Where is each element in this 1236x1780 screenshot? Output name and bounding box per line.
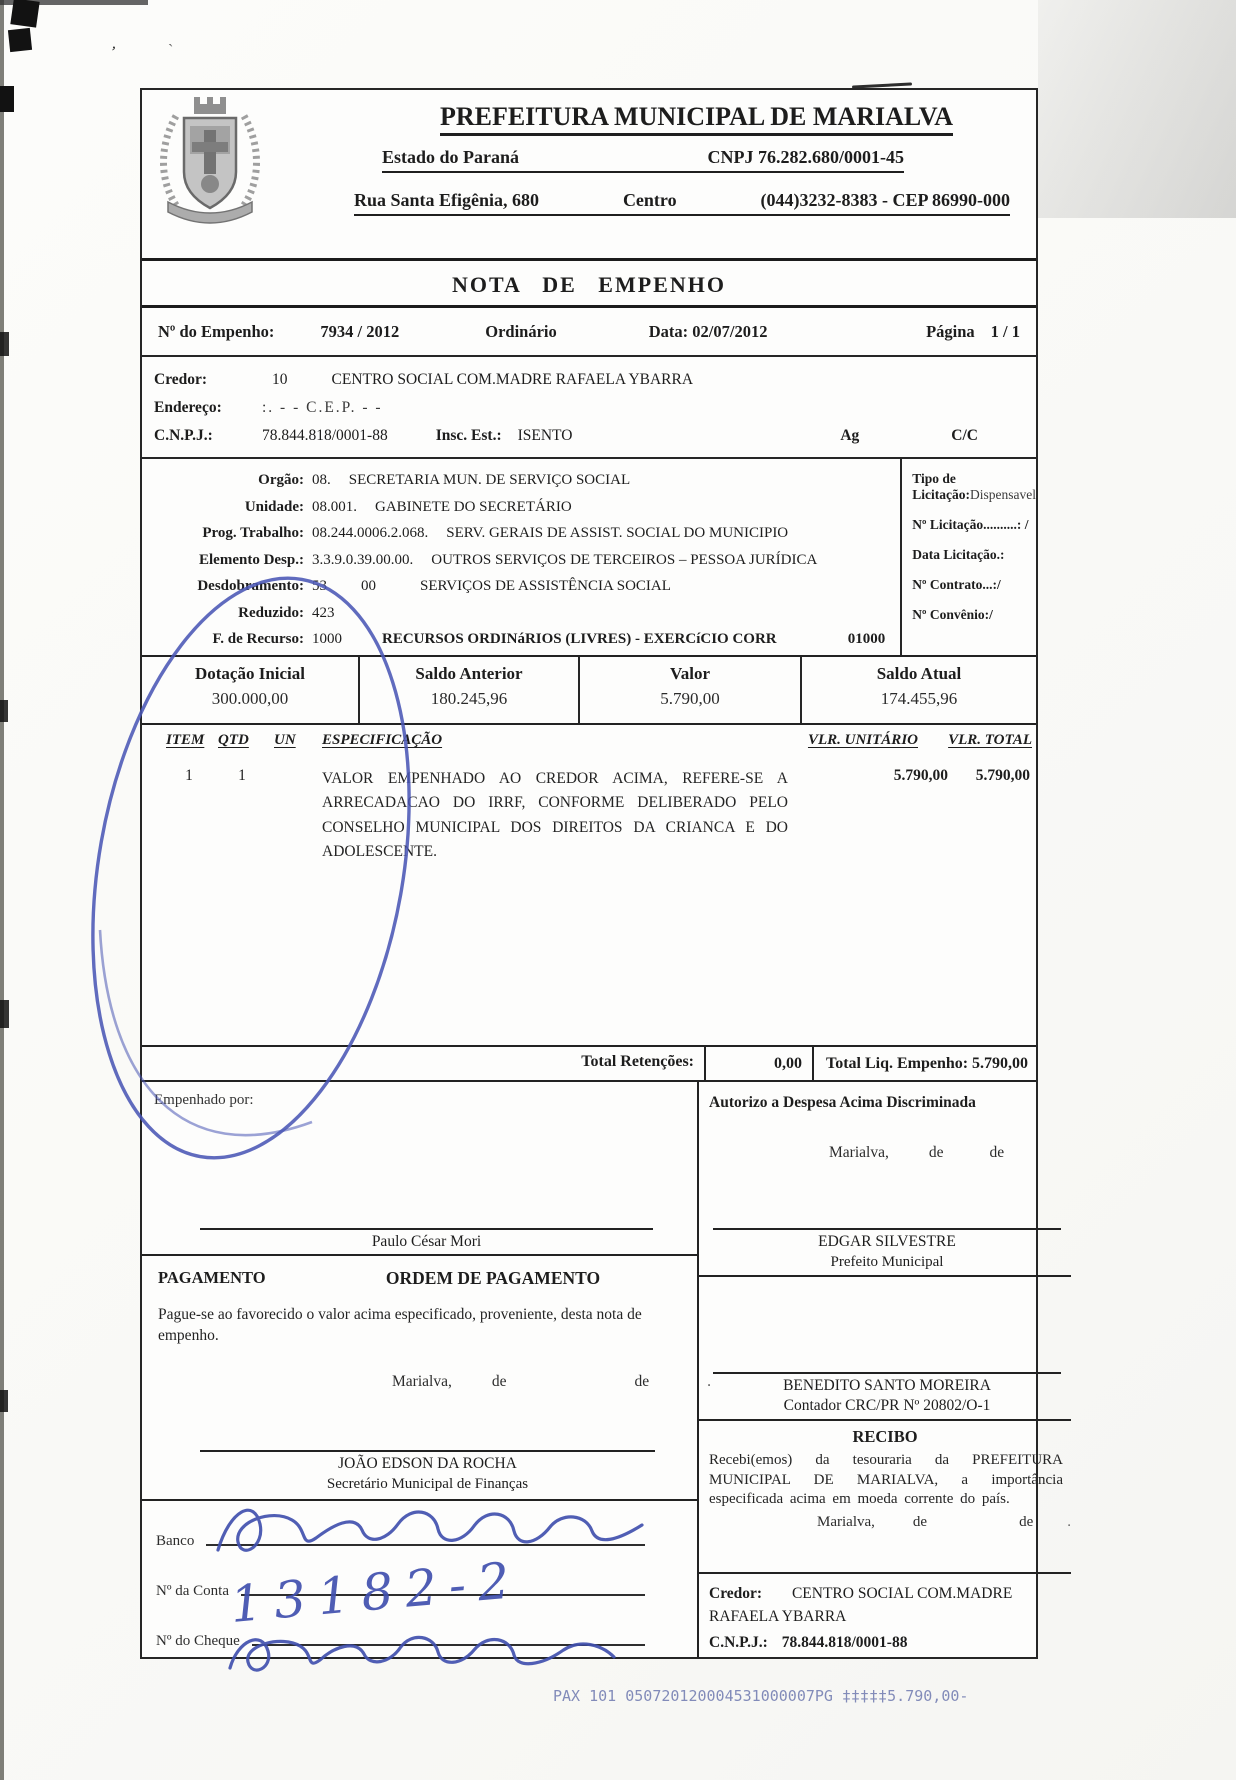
licitacao-tipo-value: Dispensavel xyxy=(970,487,1036,502)
date-de: de xyxy=(1019,1514,1033,1531)
saldo-atual-cell: Saldo Atual 174.455,96 xyxy=(802,657,1036,723)
item-qtd: 1 xyxy=(218,767,266,785)
saldo-anterior-label: Saldo Anterior xyxy=(360,664,578,684)
col-especificacao: ESPECIFICAÇÃO xyxy=(322,732,768,759)
pagina-value: 1 / 1 xyxy=(991,322,1020,342)
page-indicator: Página 1 / 1 xyxy=(926,322,1020,342)
cnpj-label: C.N.P.J.: xyxy=(154,424,250,448)
scan-blob-artifact xyxy=(0,332,9,356)
scan-blob-artifact xyxy=(0,700,8,722)
cheque-label: Nº do Cheque xyxy=(156,1633,240,1650)
endereco-line: Endereço: :. - - C.E.P. - - xyxy=(154,396,1036,420)
city-name: Marialva, xyxy=(392,1373,452,1391)
licitacao-tipo: Tipo de Licitação:Dispensavel xyxy=(912,471,1036,503)
cnpj-value: 78.844.818/0001-88 xyxy=(262,424,388,448)
empenho-data: Data: 02/07/2012 xyxy=(649,322,768,342)
secretario-signature-block: JOÃO EDSON DA ROCHA Secretário Municipal… xyxy=(200,1450,655,1494)
recibo-dateline: Marialva, de de . xyxy=(699,1514,1071,1531)
empenho-numero: 7934 / 2012 xyxy=(320,322,399,342)
amounts-summary: Dotação Inicial 300.000,00 Saldo Anterio… xyxy=(142,655,1036,725)
contador-role: Contador CRC/PR Nº 20802/O-1 xyxy=(713,1396,1061,1416)
city-name: Marialva, xyxy=(817,1514,875,1531)
desdobramento-code: 53 xyxy=(312,573,327,600)
signature-line xyxy=(713,1228,1061,1230)
orcamento-row: Unidade: 08.001. GABINETE DO SECRETÁRIO xyxy=(142,494,900,521)
scan-edge-artifact xyxy=(0,0,4,1780)
pagamento-dateline: Marialva, de de . xyxy=(142,1373,697,1391)
credor-codigo: 10 xyxy=(272,368,288,392)
licitacao-data: Data Licitação.: xyxy=(912,547,1036,563)
recibo-credor-footer: Credor: CENTRO SOCIAL COM.MADRE RAFAELA … xyxy=(699,1572,1071,1657)
items-table-row: 1 1 VALOR EMPENHADO AO CREDOR ACIMA, REF… xyxy=(142,759,1036,1045)
scan-blob-artifact xyxy=(0,1390,8,1412)
autorizo-title: Autorizo a Despesa Acima Discriminada xyxy=(699,1082,1071,1112)
scan-blob-artifact xyxy=(8,28,32,52)
unidade-code: 08.001. xyxy=(312,494,357,521)
prefeito-signature-block: EDGAR SILVESTRE Prefeito Municipal xyxy=(713,1228,1061,1272)
prefeito-name: EDGAR SILVESTRE xyxy=(713,1232,1061,1252)
prog-trabalho-desc: SERV. GERAIS DE ASSIST. SOCIAL DO MUNICI… xyxy=(446,520,788,547)
scan-speck: ˋ xyxy=(168,42,173,60)
desdobramento-label: Desdobramento: xyxy=(142,573,304,600)
col-qtd: QTD xyxy=(218,732,266,759)
cnpj-value: 78.844.818/0001-88 xyxy=(782,1634,908,1651)
conta-write-line xyxy=(241,1566,645,1596)
elemento-desp-label: Elemento Desp.: xyxy=(142,547,304,574)
recibo-title: RECIBO xyxy=(699,1421,1071,1447)
orgao-label: Orgão: xyxy=(142,467,304,494)
recibo-box: RECIBO Recebi(emos) da tesouraria da PRE… xyxy=(699,1421,1071,1572)
cnpj-label: C.N.P.J.: xyxy=(709,1634,768,1651)
licitacao-tipo-label: Tipo de Licitação: xyxy=(912,471,970,502)
form-header: PREFEITURA MUNICIPAL DE MARIALVA Estado … xyxy=(142,90,1036,258)
scan-blob-artifact xyxy=(0,1000,9,1028)
items-table-header: ITEM QTD UN ESPECIFICAÇÃO VLR. UNITÁRIO … xyxy=(142,725,1036,759)
saldo-atual-label: Saldo Atual xyxy=(802,664,1036,684)
prog-trabalho-label: Prog. Trabalho: xyxy=(142,520,304,547)
city-name: Marialva, xyxy=(829,1144,889,1162)
left-column: Empenhado por: Paulo César Mori PAGAMENT… xyxy=(142,1082,699,1657)
date-de: de xyxy=(989,1144,1004,1162)
orgao-code: 08. xyxy=(312,467,331,494)
date-de: de xyxy=(492,1373,507,1391)
prog-trabalho-code: 08.244.0006.2.068. xyxy=(312,520,428,547)
item-vlr-unitario: 5.790,00 xyxy=(788,767,948,785)
org-phone-cep: (044)3232-8383 - CEP 86990-000 xyxy=(761,190,1010,211)
dotacao-inicial-value: 300.000,00 xyxy=(142,689,358,709)
banco-field: Banco xyxy=(142,1506,697,1556)
conta-label: Nº da Conta xyxy=(156,1583,229,1600)
unidade-desc: GABINETE DO SECRETÁRIO xyxy=(375,494,572,521)
item-vlr-total: 5.790,00 xyxy=(948,767,1036,785)
item-especificacao: VALOR EMPENHADO AO CREDOR ACIMA, REFERE-… xyxy=(322,767,788,865)
orcamento-row: Elemento Desp.: 3.3.9.0.39.00.00. OUTROS… xyxy=(142,547,900,574)
empenhado-signature-block: Paulo César Mori xyxy=(200,1228,653,1252)
recibo-text: Recebi(emos) da tesouraria da PREFEITURA… xyxy=(699,1447,1071,1510)
scan-speck: ʼ xyxy=(108,44,117,63)
date-de: de xyxy=(634,1373,649,1391)
nota-de-empenho-form: PREFEITURA MUNICIPAL DE MARIALVA Estado … xyxy=(140,88,1038,1659)
contador-signature-block: BENEDITO SANTO MOREIRA Contador CRC/PR N… xyxy=(713,1372,1061,1416)
credor-footer-line: C.N.P.J.: 78.844.818/0001-88 xyxy=(709,1631,1061,1654)
ordem-pagamento-text: Pague-se ao favorecido o valor acima esp… xyxy=(142,1289,697,1347)
saldo-atual-value: 174.455,96 xyxy=(802,689,1036,709)
credor-label: Credor: xyxy=(154,368,250,392)
credor-footer-line: Credor: CENTRO SOCIAL COM.MADRE RAFAELA … xyxy=(709,1582,1061,1628)
conta-field: Nº da Conta xyxy=(142,1556,697,1606)
contador-box: BENEDITO SANTO MOREIRA Contador CRC/PR N… xyxy=(699,1277,1071,1421)
insc-est-label: Insc. Est.: xyxy=(436,424,502,448)
credor-label: Credor: xyxy=(709,1585,762,1602)
fonte-recurso-extra: 01000 xyxy=(848,626,886,653)
banco-label: Banco xyxy=(156,1533,194,1550)
col-un: UN xyxy=(274,732,312,759)
total-liq-value: 5.790,00 xyxy=(972,1055,1028,1073)
scan-blob-artifact xyxy=(0,86,14,112)
endereco-label: Endereço: xyxy=(154,396,250,420)
valor-label: Valor xyxy=(580,664,800,684)
banco-write-line xyxy=(206,1516,645,1546)
signature-line xyxy=(713,1372,1061,1374)
signature-line xyxy=(200,1450,655,1452)
pagina-label: Página xyxy=(926,322,975,342)
org-district: Centro xyxy=(623,190,677,211)
secretario-role: Secretário Municipal de Finanças xyxy=(200,1474,655,1494)
total-retencoes-label: Total Retenções: xyxy=(142,1047,704,1080)
agencia-label: Ag xyxy=(840,424,859,448)
bank-fields: Banco Nº da Conta Nº do Cheque xyxy=(142,1506,697,1656)
fonte-recurso-desc: RECURSOS ORDINáRIOS (LIVRES) - EXERCíCIO… xyxy=(382,626,777,653)
cheque-write-line xyxy=(252,1616,645,1646)
orcamento-row: F. de Recurso: 1000 RECURSOS ORDINáRIOS … xyxy=(142,626,900,653)
fonte-recurso-code: 1000 xyxy=(312,626,342,653)
valor-value: 5.790,00 xyxy=(580,689,800,709)
org-address-row: Rua Santa Efigênia, 680 Centro (044)3232… xyxy=(354,190,1010,216)
orgao-desc: SECRETARIA MUN. DE SERVIÇO SOCIAL xyxy=(349,467,630,494)
credor-section: Credor: 10 CENTRO SOCIAL COM.MADRE RAFAE… xyxy=(142,357,1036,459)
endereco-value: :. - - C.E.P. - - xyxy=(262,396,383,420)
date-period: . xyxy=(1067,1514,1071,1531)
reduzido-label: Reduzido: xyxy=(142,600,304,627)
signatures-section: Empenhado por: Paulo César Mori PAGAMENT… xyxy=(142,1080,1036,1657)
empenhado-signer-name: Paulo César Mori xyxy=(200,1232,653,1252)
orcamento-row: Orgão: 08. SECRETARIA MUN. DE SERVIÇO SO… xyxy=(142,467,900,494)
licitacao-convenio: Nº Convênio:/ xyxy=(912,607,1036,623)
total-liq-cell: Total Liq. Empenho: 5.790,00 xyxy=(814,1047,1036,1080)
credor-nome: CENTRO SOCIAL COM.MADRE RAFAELA YBARRA xyxy=(332,368,694,392)
licitacao-contrato: Nº Contrato...:/ xyxy=(912,577,1036,593)
totals-row: Total Retenções: 0,00 Total Liq. Empenho… xyxy=(142,1045,1036,1080)
marialva-coat-of-arms-logo xyxy=(154,94,266,226)
cheque-field: Nº do Cheque xyxy=(142,1606,697,1656)
pagamento-header: PAGAMENTO ORDEM DE PAGAMENTO xyxy=(142,1256,697,1289)
ordem-pagamento-title: ORDEM DE PAGAMENTO xyxy=(333,1268,683,1289)
dotacao-inicial-label: Dotação Inicial xyxy=(142,664,358,684)
org-title: PREFEITURA MUNICIPAL DE MARIALVA xyxy=(357,102,1036,132)
total-liq-label: Total Liq. Empenho: xyxy=(826,1055,968,1073)
saldo-anterior-cell: Saldo Anterior 180.245,96 xyxy=(360,657,580,723)
bank-machine-print: PAX 101 050720120004531000007PG ‡‡‡‡‡5.7… xyxy=(553,1687,968,1705)
conta-corrente-label: C/C xyxy=(951,424,978,448)
org-cnpj: CNPJ 76.282.680/0001-45 xyxy=(708,147,905,168)
valor-cell: Valor 5.790,00 xyxy=(580,657,802,723)
empenho-numero-label: Nº do Empenho: xyxy=(158,322,274,342)
divider xyxy=(142,1499,697,1501)
right-column: Autorizo a Despesa Acima Discriminada Ma… xyxy=(699,1082,1071,1657)
item-number: 1 xyxy=(166,767,212,785)
org-state: Estado do Paraná xyxy=(382,147,519,168)
desdobramento-code2: 00 xyxy=(361,573,376,600)
elemento-desp-code: 3.3.9.0.39.00.00. xyxy=(312,547,413,574)
saldo-anterior-value: 180.245,96 xyxy=(360,689,578,709)
col-vlr-unitario: VLR. UNITÁRIO xyxy=(768,732,918,759)
credor-line: Credor: 10 CENTRO SOCIAL COM.MADRE RAFAE… xyxy=(154,368,1036,392)
orcamento-row: Prog. Trabalho: 08.244.0006.2.068. SERV.… xyxy=(142,520,900,547)
autorizo-dateline: Marialva, de de xyxy=(699,1144,1071,1162)
cnpj-line: C.N.P.J.: 78.844.818/0001-88 Insc. Est.:… xyxy=(154,424,1036,448)
col-item: ITEM xyxy=(166,732,212,759)
empenhado-box: Empenhado por: Paulo César Mori xyxy=(142,1082,697,1254)
empenho-number-row: Nº do Empenho: 7934 / 2012 Ordinário Dat… xyxy=(142,308,1036,357)
empenhado-por-label: Empenhado por: xyxy=(142,1082,697,1109)
desdobramento-desc: SERVIÇOS DE ASSISTÊNCIA SOCIAL xyxy=(420,573,671,600)
document-title: NOTA DE EMPENHO xyxy=(142,258,1036,308)
reduzido-code: 423 xyxy=(312,600,335,627)
dotacao-inicial-cell: Dotação Inicial 300.000,00 xyxy=(142,657,360,723)
org-subtitle-row: Estado do Paraná CNPJ 76.282.680/0001-45 xyxy=(382,147,904,173)
total-retencoes-value: 0,00 xyxy=(704,1047,814,1080)
pagamento-box: PAGAMENTO ORDEM DE PAGAMENTO Pague-se ao… xyxy=(142,1254,697,1659)
licitacao-panel: Tipo de Licitação:Dispensavel Nº Licitaç… xyxy=(900,459,1036,655)
date-de: de xyxy=(929,1144,944,1162)
scan-blob-artifact xyxy=(10,0,39,28)
org-name: PREFEITURA MUNICIPAL DE MARIALVA xyxy=(440,102,953,136)
scan-shading xyxy=(1038,0,1236,218)
contador-name: BENEDITO SANTO MOREIRA xyxy=(713,1376,1061,1396)
orcamento-row: Desdobramento: 53 00 SERVIÇOS DE ASSISTÊ… xyxy=(142,573,900,600)
signature-line xyxy=(200,1228,653,1230)
document-scan: ʼ ˋ xyxy=(0,0,1236,1780)
unidade-label: Unidade: xyxy=(142,494,304,521)
elemento-desp-desc: OUTROS SERVIÇOS DE TERCEIROS – PESSOA JU… xyxy=(431,547,817,574)
col-vlr-total: VLR. TOTAL xyxy=(940,732,1032,759)
empenho-tipo: Ordinário xyxy=(485,322,557,342)
licitacao-numero: Nº Licitação..........: / xyxy=(912,517,1036,533)
fonte-recurso-label: F. de Recurso: xyxy=(142,626,304,653)
date-de: de xyxy=(913,1514,927,1531)
secretario-name: JOÃO EDSON DA ROCHA xyxy=(200,1454,655,1474)
budget-section: Orgão: 08. SECRETARIA MUN. DE SERVIÇO SO… xyxy=(142,459,1036,655)
pagamento-title: PAGAMENTO xyxy=(158,1268,333,1289)
budget-classification: Orgão: 08. SECRETARIA MUN. DE SERVIÇO SO… xyxy=(142,459,900,655)
orcamento-row: Reduzido: 423 xyxy=(142,600,900,627)
org-address: Rua Santa Efigênia, 680 xyxy=(354,190,539,211)
autorizo-box: Autorizo a Despesa Acima Discriminada Ma… xyxy=(699,1082,1071,1277)
prefeito-role: Prefeito Municipal xyxy=(713,1252,1061,1272)
insc-est-value: ISENTO xyxy=(518,424,573,448)
